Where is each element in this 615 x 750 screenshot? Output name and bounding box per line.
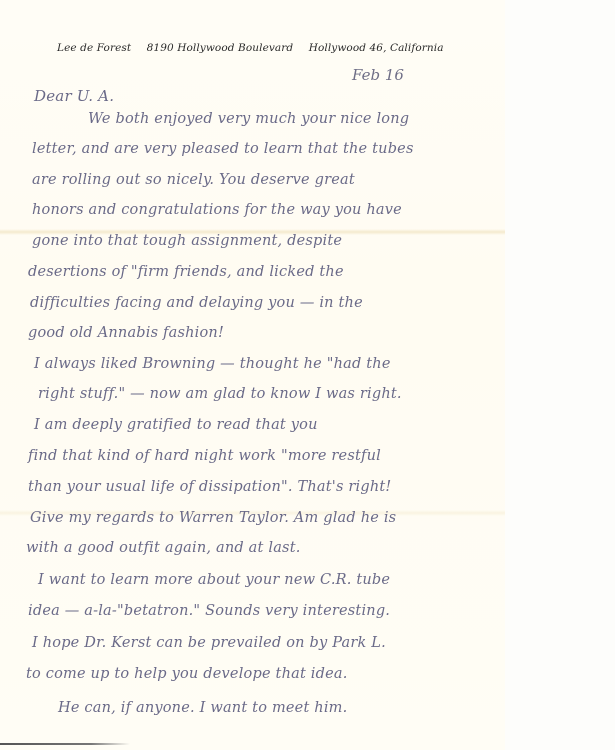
letter-line: I hope Dr. Kerst can be prevailed on by … (32, 635, 386, 651)
letter-line: I want to learn more about your new C.R.… (38, 572, 390, 588)
letter-line: with a good outfit again, and at last. (26, 540, 301, 556)
letterhead-city: Hollywood 46, California (309, 42, 444, 54)
letter-line: good old Annabis fashion! (28, 325, 224, 341)
letter-line: I am deeply gratified to read that you (34, 417, 318, 433)
letter-line: We both enjoyed very much your nice long (88, 111, 409, 127)
letter-line: letter, and are very pleased to learn th… (32, 141, 414, 157)
letter-line: desertions of "firm friends, and licked … (28, 264, 344, 280)
letter-line: difficulties facing and delaying you — i… (30, 295, 363, 311)
letter-line: gone into that tough assignment, despite (32, 233, 342, 249)
letter-line: are rolling out so nicely. You deserve g… (32, 172, 355, 188)
letterhead-name: Lee de Forest (57, 42, 131, 54)
letter-line: to come up to help you develope that ide… (26, 666, 348, 682)
letter-line: find that kind of hard night work "more … (28, 448, 381, 464)
letter-line: honors and congratulations for the way y… (32, 202, 402, 218)
letter-line: right stuff." — now am glad to know I wa… (38, 386, 402, 402)
letter-line: Give my regards to Warren Taylor. Am gla… (30, 510, 396, 526)
letter-date: Feb 16 (352, 66, 404, 84)
letterhead: Lee de Forest 8190 Hollywood Boulevard H… (57, 42, 456, 54)
letter-line: He can, if anyone. I want to meet him. (58, 700, 347, 716)
salutation: Dear U. A. (34, 87, 114, 105)
letter-line: than your usual life of dissipation". Th… (28, 479, 391, 495)
paper-edge-mark (0, 743, 130, 745)
letter-page: Lee de Forest 8190 Hollywood Boulevard H… (0, 0, 505, 750)
letter-line: I always liked Browning — thought he "ha… (34, 356, 391, 372)
letter-line: idea — a-la-"betatron." Sounds very inte… (28, 603, 390, 619)
letterhead-street: 8190 Hollywood Boulevard (147, 42, 294, 54)
